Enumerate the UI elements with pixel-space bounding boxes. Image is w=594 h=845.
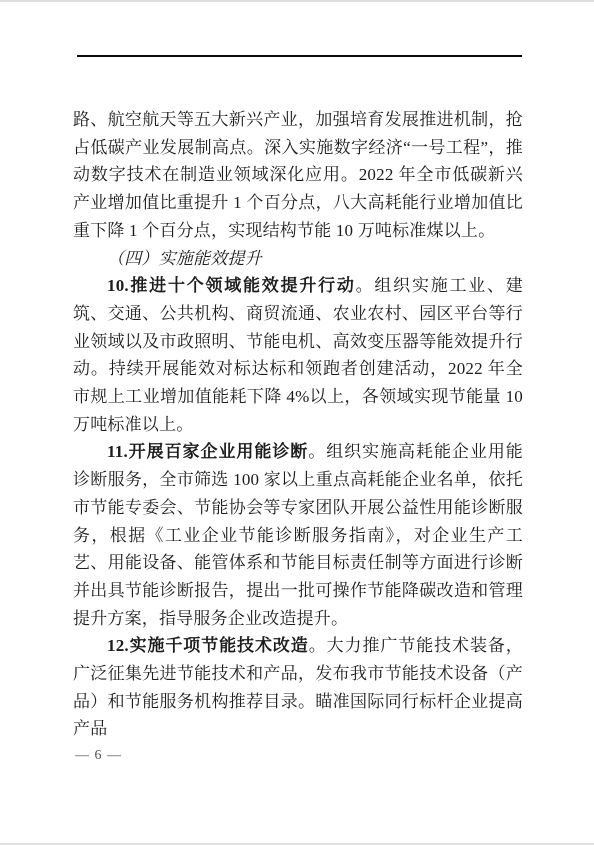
header-rule <box>77 55 522 57</box>
numbered-item-11: 11.开展百家企业用能诊断。组织实施高耗能企业用能诊断服务，全市筛选 100 家… <box>73 438 523 632</box>
subsection-heading: （四）实施能效提升 <box>73 245 523 273</box>
numbered-item-11-lead: 11.开展百家企业用能诊断 <box>107 442 308 461</box>
numbered-item-10: 10.推进十个领域能效提升行动。组织实施工业、建筑、交通、公共机构、商贸流通、农… <box>73 272 523 438</box>
page-edge-top <box>0 0 594 2</box>
numbered-item-12-lead: 12.实施千项节能技术改造 <box>107 636 309 655</box>
paragraph-continuation: 路、航空航天等五大新兴产业，加强培育发展推进机制，抢占低碳产业发展制高点。深入实… <box>73 106 523 245</box>
numbered-item-12: 12.实施千项节能技术改造。大力推广节能技术装备，广泛征集先进节能技术和产品，发… <box>73 632 523 743</box>
numbered-item-11-text: 。组织实施高耗能企业用能诊断服务，全市筛选 100 家以上重点高耗能企业名单，依… <box>73 442 523 627</box>
numbered-item-10-text: 。组织实施工业、建筑、交通、公共机构、商贸流通、农业农村、园区平台等行业领域以及… <box>73 276 523 434</box>
document-page: 路、航空航天等五大新兴产业，加强培育发展推进机制，抢占低碳产业发展制高点。深入实… <box>0 0 594 845</box>
document-body: 路、航空航天等五大新兴产业，加强培育发展推进机制，抢占低碳产业发展制高点。深入实… <box>73 106 523 743</box>
subsection-heading-text: （四）实施能效提升 <box>107 249 262 268</box>
paragraph-text: 路、航空航天等五大新兴产业，加强培育发展推进机制，抢占低碳产业发展制高点。深入实… <box>73 110 523 240</box>
numbered-item-10-lead: 10.推进十个领域能效提升行动 <box>107 276 356 295</box>
page-number: — 6 — <box>75 748 122 764</box>
